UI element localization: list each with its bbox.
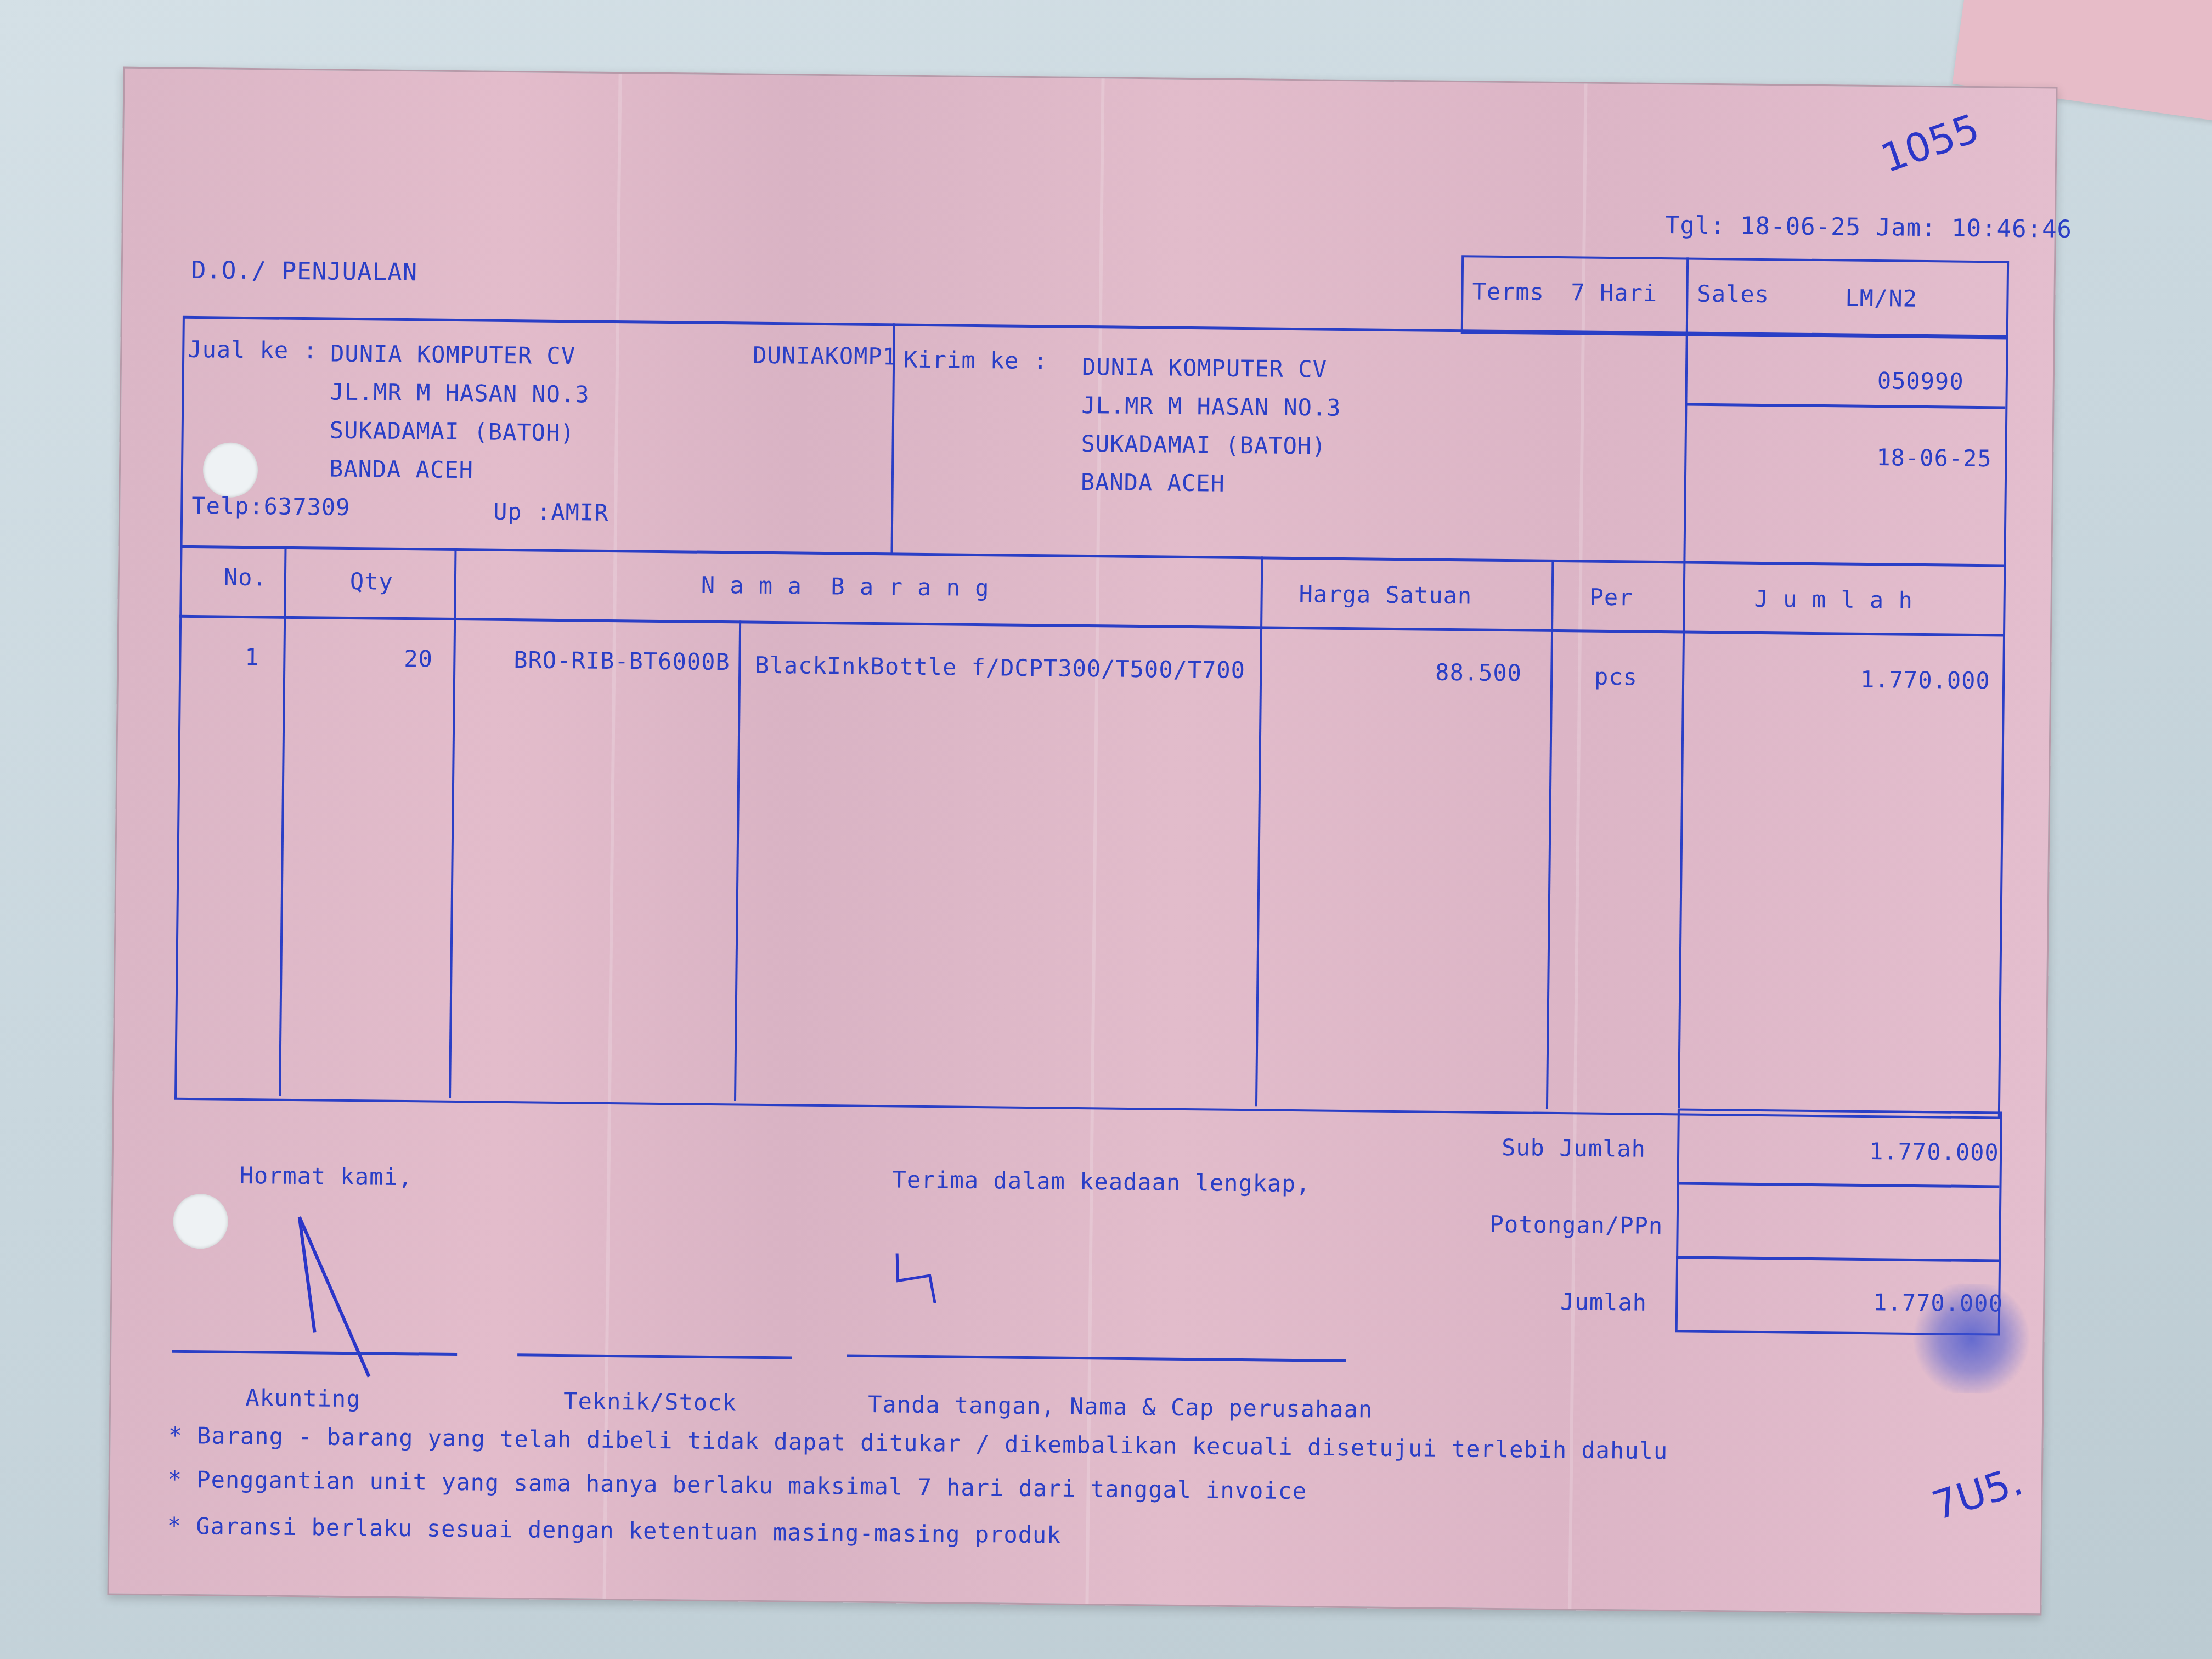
- col-item-name: N a m a B a r a n g: [701, 574, 990, 600]
- document-title: D.O./ PENJUALAN: [191, 258, 418, 285]
- col-per: Per: [1589, 586, 1633, 610]
- terms-label: Terms: [1472, 280, 1544, 303]
- discount-label: Potongan/PPn: [1490, 1213, 1663, 1238]
- terms-value: 7 Hari: [1571, 281, 1657, 305]
- customer-address1: JL.MR M HASAN NO.3: [330, 381, 590, 407]
- sales-label: Sales: [1697, 283, 1769, 306]
- handwritten-note: 7U5.: [1927, 1458, 2028, 1529]
- subtotal-value: 1.770.000: [1869, 1140, 1999, 1164]
- customer-attn: Up :AMIR: [493, 500, 609, 524]
- col-qty: Qty: [350, 570, 393, 594]
- ship-address1: JL.MR M HASAN NO.3: [1081, 394, 1341, 420]
- accounting-label: Akunting: [245, 1386, 361, 1410]
- ship-name: DUNIA KOMPUTER CV: [1082, 356, 1327, 381]
- customer-address2: SUKADAMAI (BATOH): [330, 419, 575, 445]
- row-unit-price: 88.500: [1435, 661, 1522, 685]
- note-2: * Penggantian unit yang sama hanya berla…: [168, 1468, 1307, 1503]
- delivery-order-paper: 1055 7U5. Tgl: 18-06-25 Jam: 10:46:46 D.…: [108, 67, 2058, 1616]
- col-no: No.: [224, 566, 267, 590]
- ink-stamp: [1911, 1283, 2033, 1394]
- customer-phone: Telp:637309: [191, 494, 351, 519]
- customer-code: DUNIAKOMP1: [753, 344, 897, 369]
- customer-name: DUNIA KOMPUTER CV: [330, 342, 575, 368]
- signature-mark: [891, 1250, 957, 1317]
- row-no: 1: [245, 646, 259, 669]
- date-time: Tgl: 18-06-25 Jam: 10:46:46: [1665, 213, 2073, 242]
- sell-to-label: Jual ke :: [188, 338, 318, 362]
- note-3: * Garansi berlaku sesuai dengan ketentua…: [167, 1515, 1062, 1547]
- technical-label: Teknik/Stock: [563, 1390, 737, 1414]
- punch-hole: [173, 1194, 228, 1249]
- total-label: Jumlah: [1560, 1290, 1647, 1314]
- signature-mark: [265, 1211, 387, 1387]
- signature-line-technical: [517, 1353, 792, 1359]
- doc-number: 050990: [1877, 369, 1964, 393]
- row-amount: 1.770.000: [1860, 668, 1990, 692]
- row-qty: 20: [404, 647, 433, 671]
- sales-value: LM/N2: [1845, 287, 1917, 311]
- company-sign-label: Tanda tangan, Nama & Cap perusahaan: [868, 1393, 1373, 1421]
- handwritten-number: 1055: [1875, 105, 1985, 182]
- table-row: 1 20 BRO-RIB-BT6000B BlackInkBottle f/DC…: [125, 69, 2056, 89]
- col-amount: J u m l a h: [1754, 588, 1913, 612]
- customer-city: BANDA ACEH: [329, 458, 473, 482]
- note-1: * Barang - barang yang telah dibeli tida…: [168, 1424, 1668, 1463]
- col-unit-price: Harga Satuan: [1299, 583, 1472, 607]
- row-per: pcs: [1594, 665, 1638, 689]
- ship-address2: SUKADAMAI (BATOH): [1081, 432, 1326, 458]
- signature-line-company: [847, 1355, 1346, 1363]
- row-item-code: BRO-RIB-BT6000B: [513, 648, 730, 674]
- row-item-name: BlackInkBottle f/DCPT300/T500/T700: [755, 654, 1245, 682]
- received-text: Terima dalam keadaan lengkap,: [892, 1168, 1311, 1195]
- regards-text: Hormat kami,: [239, 1164, 413, 1189]
- ship-to-label: Kirim ke :: [904, 348, 1048, 373]
- ship-city: BANDA ACEH: [1081, 471, 1225, 495]
- doc-date: 18-06-25: [1876, 446, 1992, 470]
- subtotal-label: Sub Jumlah: [1502, 1136, 1646, 1161]
